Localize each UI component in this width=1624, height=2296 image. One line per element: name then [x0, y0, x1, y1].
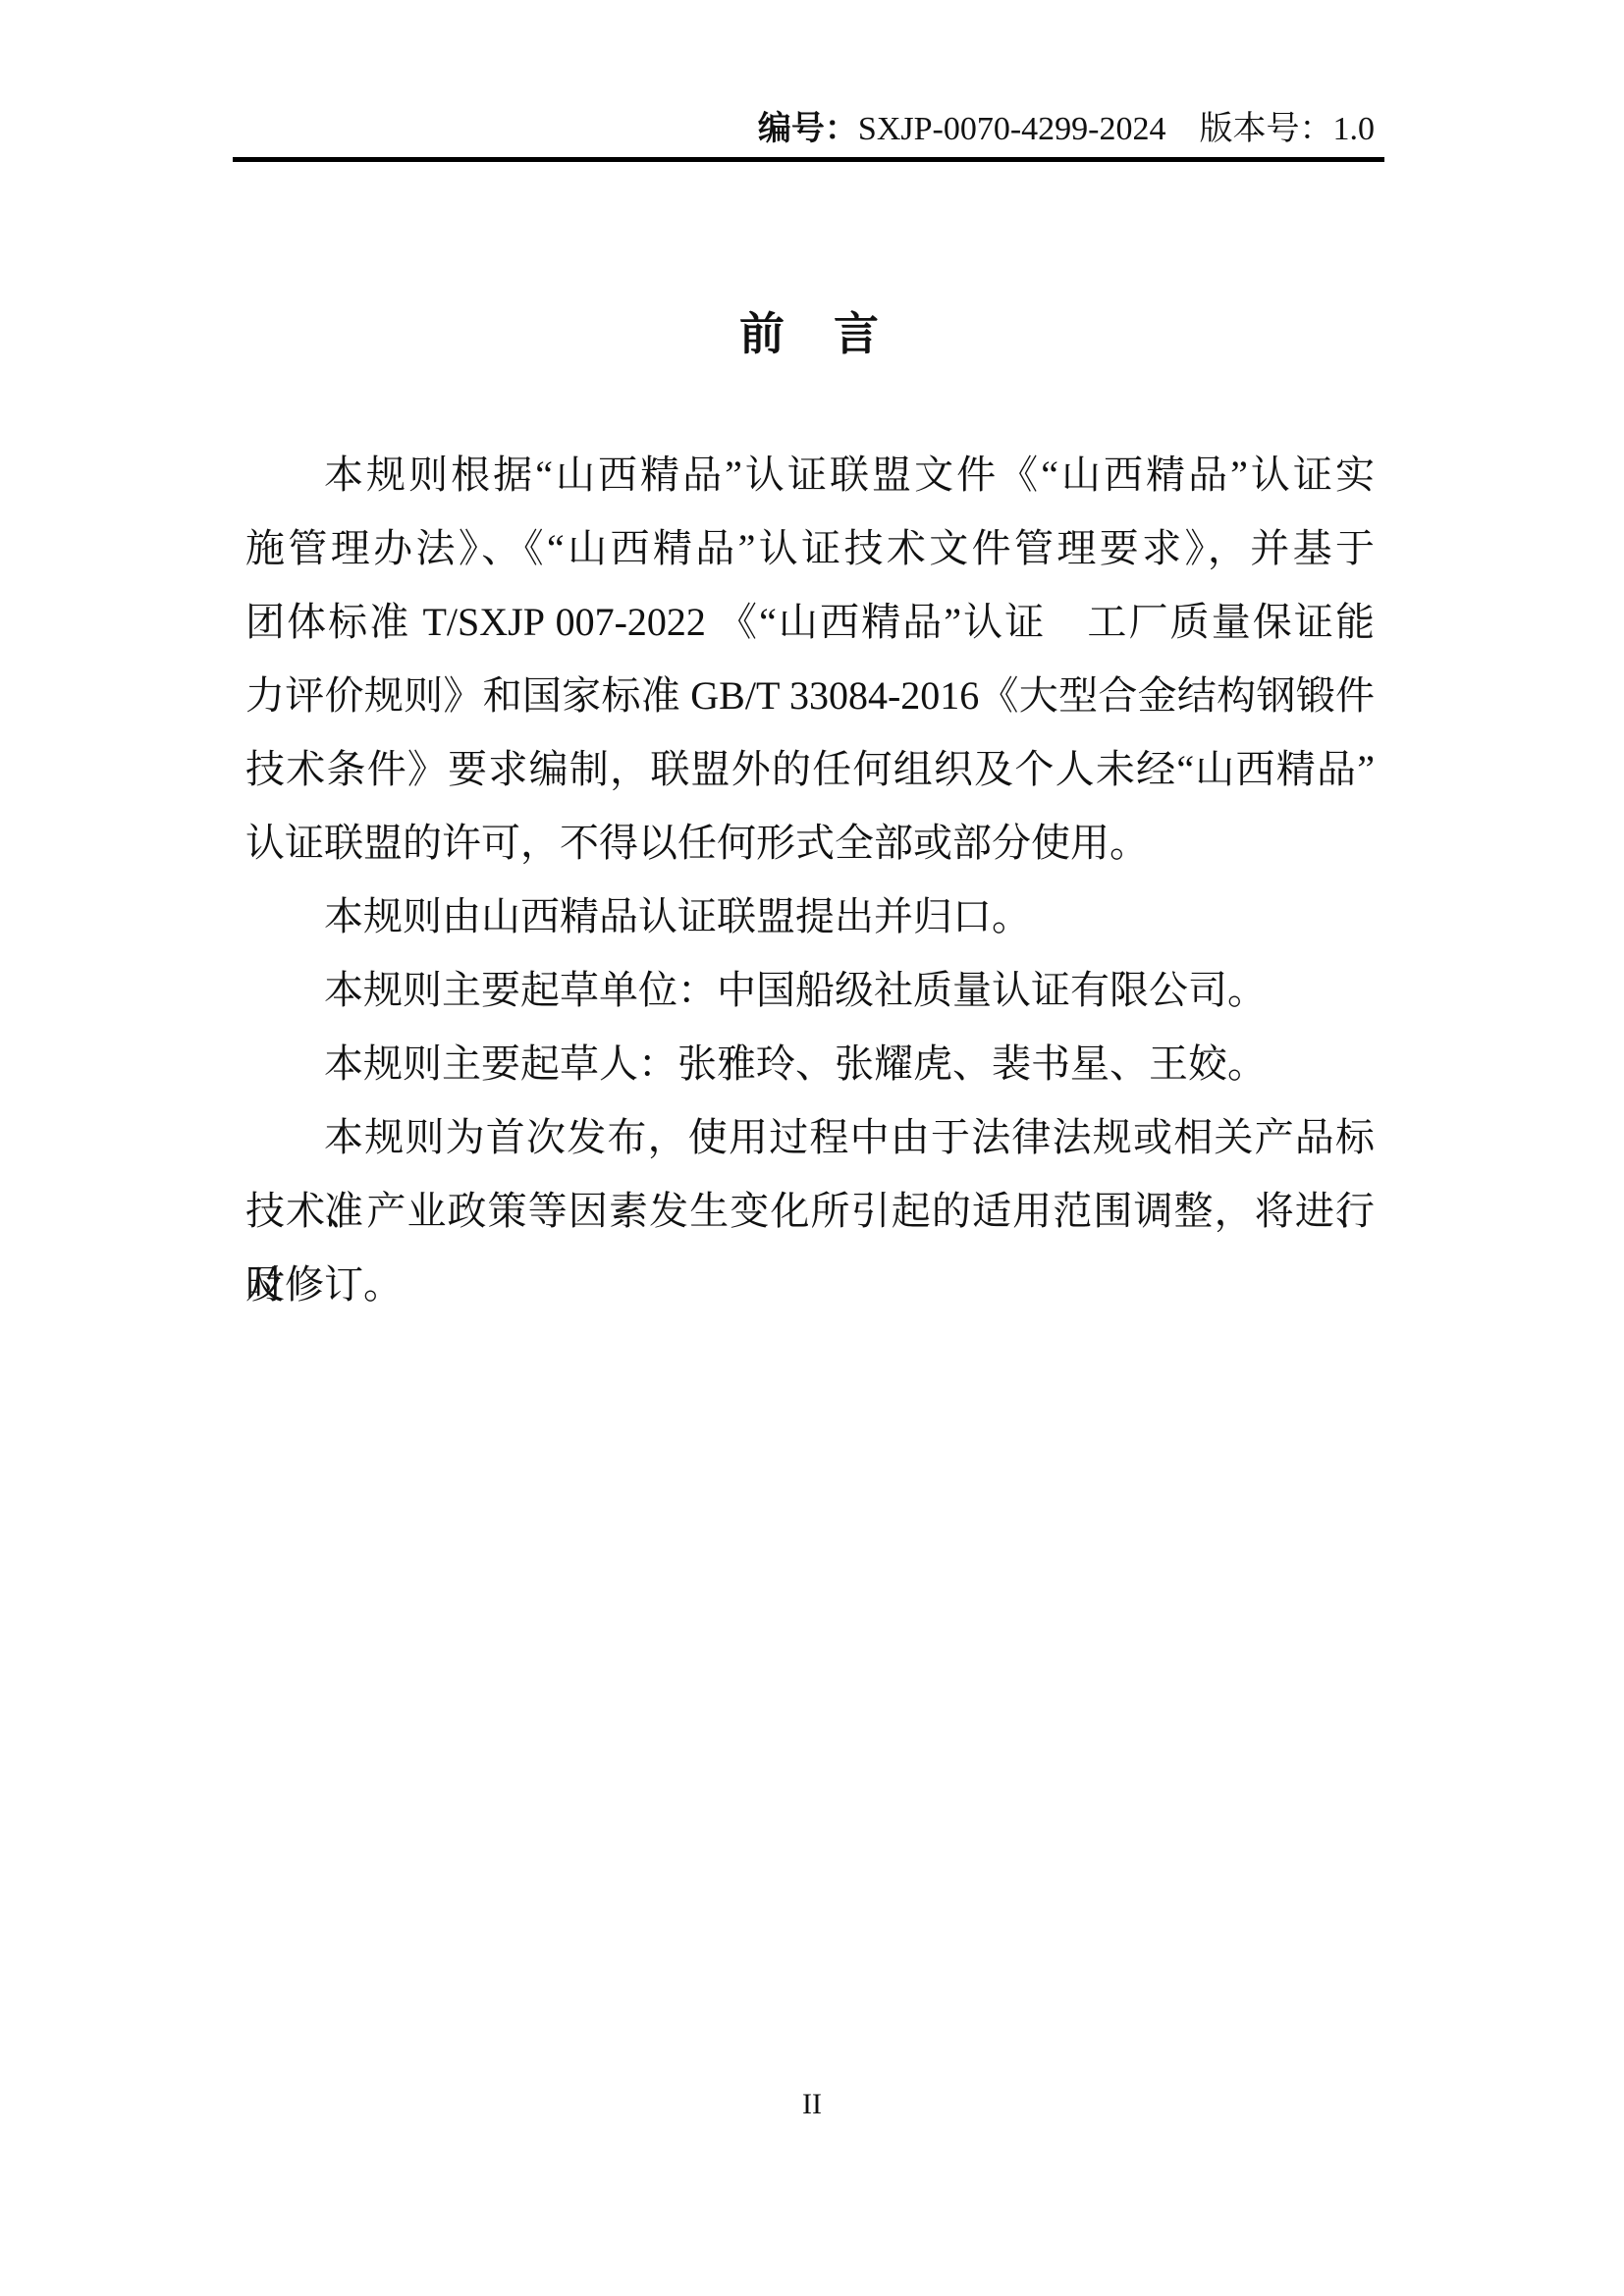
body-line: 时修订。 [245, 1248, 1375, 1321]
body-line: 本规则主要起草人：张雅玲、张耀虎、裴书星、王姣。 [245, 1027, 1375, 1100]
body-line: 力评价规则》和国家标准 GB/T 33084-2016《大型合金结构钢锻件 [245, 659, 1375, 732]
doc-number-label: 编号： [758, 110, 858, 150]
body-line: 本规则为首次发布，使用过程中由于法律法规或相关产品标准、 [245, 1100, 1375, 1174]
version-value: 1.0 [1333, 110, 1376, 150]
body-line: 本规则根据“山西精品”认证联盟文件《“山西精品”认证实 [245, 438, 1375, 511]
doc-number-value: SXJP-0070-4299-2024 [858, 110, 1166, 150]
page-title: 前 言 [245, 309, 1375, 361]
page-number: II [0, 2087, 1624, 2122]
body-line: 本规则主要起草单位：中国船级社质量认证有限公司。 [245, 953, 1375, 1027]
document-page: 编号： SXJP-0070-4299-2024 版本号： 1.0 前 言 本规则… [0, 0, 1624, 2296]
body-line: 团体标准 T/SXJP 007-2022 《“山西精品”认证 工厂质量保证能 [245, 585, 1375, 659]
body-line: 认证联盟的许可，不得以任何形式全部或部分使用。 [245, 806, 1375, 880]
version-label: 版本号： [1200, 110, 1333, 150]
page-content: 编号： SXJP-0070-4299-2024 版本号： 1.0 前 言 本规则… [245, 0, 1375, 1321]
body-line: 施管理办法》、《“山西精品”认证技术文件管理要求》，并基于 [245, 511, 1375, 585]
header-rule [233, 157, 1384, 162]
foreword-body: 本规则根据“山西精品”认证联盟文件《“山西精品”认证实 施管理办法》、《“山西精… [245, 438, 1375, 1321]
body-line: 技术、产业政策等因素发生变化所引起的适用范围调整，将进行及 [245, 1174, 1375, 1248]
document-header: 编号： SXJP-0070-4299-2024 版本号： 1.0 [245, 0, 1375, 150]
body-line: 本规则由山西精品认证联盟提出并归口。 [245, 880, 1375, 953]
body-line: 技术条件》要求编制，联盟外的任何组织及个人未经“山西精品” [245, 732, 1375, 806]
